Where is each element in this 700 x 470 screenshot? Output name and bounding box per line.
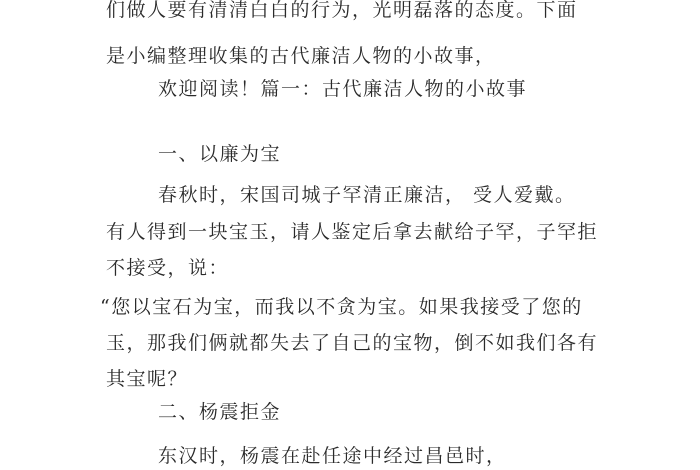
story-1-line-1: 春秋时，宋国司城子罕清正廉洁， 受人爱戴。 xyxy=(158,183,576,207)
story-1-line-2: 有人得到一块宝玉，请人鉴定后拿去献给子罕，子罕拒 xyxy=(106,220,598,244)
story-heading-1: 一、以廉为宝 xyxy=(158,142,281,166)
section-title-piece-one: 欢迎阅读！篇一：古代廉洁人物的小故事 xyxy=(158,77,527,101)
story-1-line-3: 不接受，说： xyxy=(106,256,229,280)
paragraph-line-intro-1: 们做人要有清清白白的行为，光明磊落的态度。下面 xyxy=(106,0,578,22)
story-1-quote-line-3: 其宝呢？ xyxy=(106,367,188,391)
story-heading-2: 二、杨震拒金 xyxy=(158,400,281,424)
story-1-quote-line-1: “您以宝石为宝，而我以不贪为宝。如果我接受了您的 xyxy=(100,295,583,319)
document-page: 们做人要有清清白白的行为，光明磊落的态度。下面 是小编整理收集的古代廉洁人物的小… xyxy=(0,0,700,470)
story-2-line-1: 东汉时，杨震在赴任途中经过昌邑时， xyxy=(158,444,507,468)
story-1-quote-line-2: 玉，那我们俩就都失去了自己的宝物，倒不如我们各有 xyxy=(106,331,598,355)
paragraph-line-intro-2: 是小编整理收集的古代廉洁人物的小故事， xyxy=(106,44,496,68)
